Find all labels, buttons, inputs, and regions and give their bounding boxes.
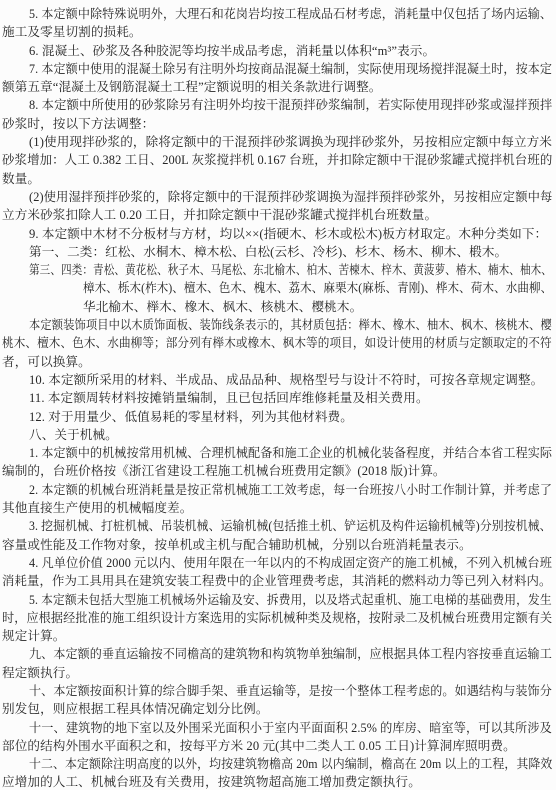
text-line: (2)使用湿拌预拌砂浆的，除将定额中的干混预拌砂浆调换为湿拌预拌砂浆外，另按相应… bbox=[29, 188, 540, 206]
text-line: 十、本定额按面积计算的综合脚手架、垂直运输等，是按一个整体工程考虑的。如遇结构与… bbox=[29, 682, 530, 700]
text-line: 容量或性能及工作物对象，按单机或主机与配合辅助机械，分别以台班消耗量表示。 bbox=[2, 536, 552, 554]
text-line: 数量。 bbox=[2, 170, 552, 188]
text-line: 桃木、檀木、色木、水曲柳等；部分列有榉木或橡木、枫木等的项目，如设计使用的材质与… bbox=[2, 334, 509, 352]
text-line: 本定额装饰项目中以木质饰面板、装饰线条表示的，其材质包括：榉木、橡木、柚木、枫木… bbox=[29, 316, 497, 334]
text-line: 9. 本定额中木材不分板材与方材，均以××(指硬木、杉木或松木)板方材取定。木种… bbox=[29, 225, 552, 243]
text-line: 12. 对于用量少、低值易耗的零星材料，列为其他材料费。 bbox=[29, 408, 552, 426]
text-line: 十一、建筑物的地下室以及外围采光面积小于室内平面面积 2.5% 的库房、暗室等，… bbox=[29, 719, 535, 737]
text-line: 樟木、栎木(柞木)、檀木、色木、槐木、荔木、麻栗木(麻栎、青刚)、桦木、荷木、水… bbox=[83, 279, 513, 297]
text-line: 部位的结构外围水平面积之和，按每平方米 20 元(其中二类人工 0.05 工日)… bbox=[2, 737, 552, 755]
document-page: 5. 本定额中除特殊说明外，大理石和花岗岩均按工程成品石材考虑，消耗量中仅包括了… bbox=[2, 5, 552, 790]
text-line: 3. 挖掘机械、打桩机械、吊装机械、运输机械(包括推土机、铲运机及构件运输机械等… bbox=[29, 517, 522, 535]
text-line: 时，应根据经批准的施工组织设计方案选用的实际机械种类及规格，按附录二及机械台班费… bbox=[2, 609, 532, 627]
text-line: 4. 凡单位价值 2000 元以内、使用年限在一年以内的不构成固定资产的施工机械… bbox=[29, 554, 536, 572]
text-line: 九、本定额的垂直运输按不同檐高的建筑物和构筑物单独编制，应根据具体工程内容按垂直… bbox=[29, 645, 530, 663]
text-line: 额第五章“混凝土及钢筋混凝土工程”定额说明的相关条款进行调整。 bbox=[2, 78, 552, 96]
text-line: 2. 本定额的机械台班消耗量是按正常机械施工工效考虑，每一台班按八小时工作制计算… bbox=[29, 481, 530, 499]
text-line: 立方米砂浆扣除人工 0.20 工日，并扣除定额中干混砂浆罐式搅拌机台班数量。 bbox=[2, 206, 552, 224]
text-line: 10. 本定额所采用的材料、半成品、成品品种、规格型号与设计不符时，可按各章规定… bbox=[29, 371, 552, 389]
text-line: 应增加的人工、机械台班及有关费用，按建筑物超高施工增加费定额执行。 bbox=[2, 773, 552, 790]
text-line: 5. 本定额未包括大型施工机械场外运输及安、拆费用，以及塔式起重机、施工电梯的基… bbox=[29, 591, 518, 609]
text-line: 1. 本定额中的机械按常用机械、合理机械配备和施工企业的机械化装备程度，并结合本… bbox=[29, 444, 530, 462]
text-line: 程定额执行。 bbox=[2, 664, 552, 682]
text-line: 编制的，台班价格按《浙江省建设工程施工机械台班费用定额》(2018 版)计算。 bbox=[2, 462, 552, 480]
text-line: 别发包，则应根据工程具体情况确定划分比例。 bbox=[2, 700, 552, 718]
text-line: 规定计算。 bbox=[2, 627, 552, 645]
text-line: 第一、二类：红松、水桐木、樟木松、白松(云杉、冷杉)、杉木、杨木、柳木、椴木。 bbox=[29, 243, 552, 261]
text-line: 华北榆木、榉木、橡木、枫木、核桃木、樱桃木。 bbox=[83, 298, 552, 316]
text-line: 5. 本定额中除特殊说明外，大理石和花岗岩均按工程成品石材考虑，消耗量中仅包括了… bbox=[29, 5, 530, 23]
text-line: 7. 本定额中使用的混凝土除另有注明外均按商品混凝土编制，实际使用现场搅拌混凝土… bbox=[29, 60, 530, 78]
text-line: 八、关于机械。 bbox=[29, 426, 552, 444]
text-line: 8. 本定额中所使用的砂浆除另有注明外均按干混预拌砂浆编制，若实际使用现拌砂浆或… bbox=[29, 96, 542, 114]
text-line: 6. 混凝土、砂浆及各种胶泥等均按半成品考虑，消耗量以体积“m³”表示。 bbox=[29, 42, 552, 60]
text-line: 砂浆时，按以下方法调整： bbox=[2, 115, 552, 133]
text-line: 施工及零星切割的损耗。 bbox=[2, 23, 552, 41]
text-line: 十二、本定额除注明高度的以外，均按建筑物檐高 20m 以内编制，檐高在 20m … bbox=[29, 755, 524, 773]
text-line: 其他直接生产使用的机械幅度差。 bbox=[2, 499, 552, 517]
text-line: 消耗量，作为工具用具在建筑安装工程费中的企业管理费考虑，其消耗的燃料动力等已列入… bbox=[2, 572, 543, 590]
text-line: 第三、四类：青松、黄花松、秋子木、马尾松、东北榆木、柏木、苦楝木、梓木、黄菠萝、… bbox=[29, 261, 469, 279]
text-line: 砂浆增加：人工 0.382 工日、200L 灰浆搅拌机 0.167 台班，并扣除… bbox=[2, 151, 545, 169]
text-line: 者，可以换算。 bbox=[2, 353, 552, 371]
text-line: 11. 本定额周转材料按摊销量编制，且已包括回库维修耗量及相关费用。 bbox=[29, 389, 552, 407]
text-line: (1)使用现拌砂浆的，除将定额中的干混预拌砂浆调换为现拌砂浆外，另按相应定额中每… bbox=[29, 133, 552, 151]
